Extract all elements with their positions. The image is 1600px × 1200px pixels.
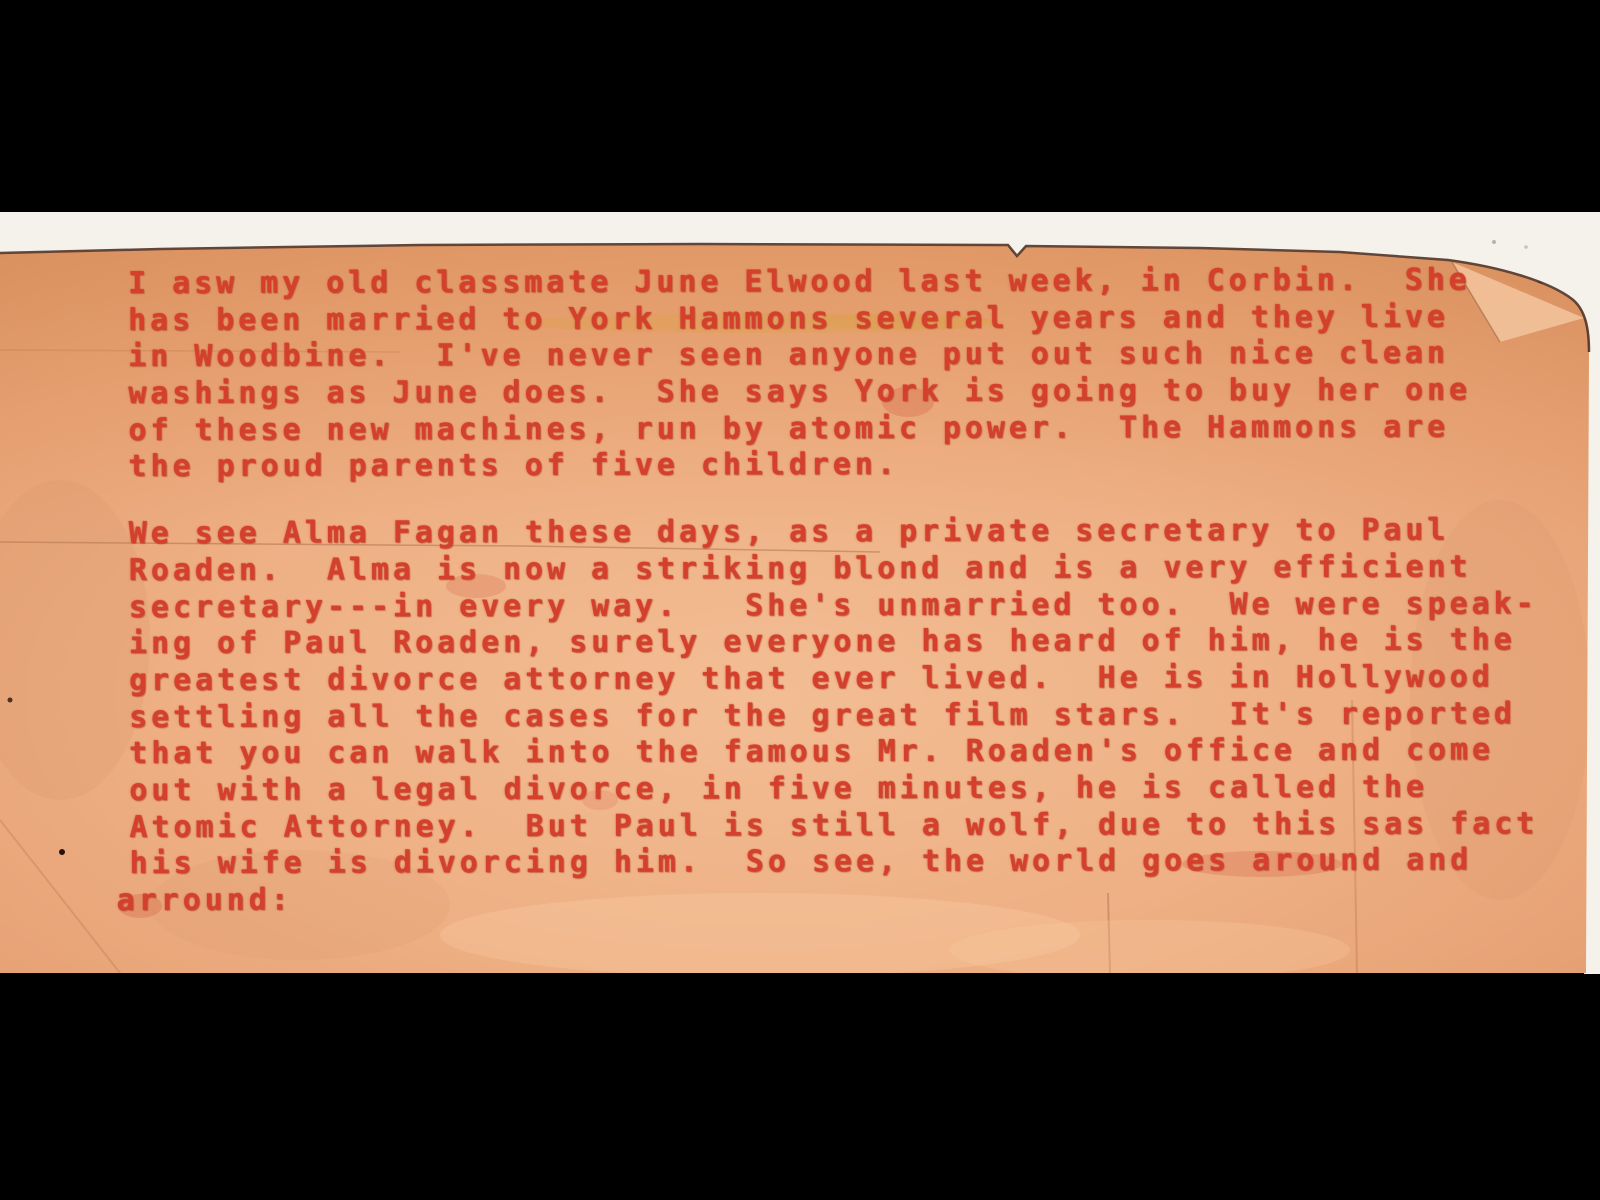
text-line: Atomic Attorney. But Paul is still a wol… — [129, 806, 1538, 846]
text-line: secretary---in every way. She's unmarrie… — [129, 586, 1538, 626]
dust-speck — [1492, 240, 1496, 244]
text-line: Roaden. Alma is now a striking blond and… — [129, 549, 1538, 589]
paper-speck — [59, 849, 65, 855]
text-line: has been married to York Hammons several… — [128, 299, 1537, 339]
scanned-document: I asw my old classmate June Elwood last … — [0, 0, 1600, 1200]
text-line: that you can walk into the famous Mr. Ro… — [129, 733, 1538, 773]
text-line: out with a legal divorce, in five minute… — [129, 769, 1538, 809]
text-line: I asw my old classmate June Elwood last … — [128, 262, 1537, 302]
paper-speck — [8, 698, 13, 703]
text-line: in Woodbine. I've never seen anyone put … — [128, 336, 1537, 376]
text-line: ing of Paul Roaden, surely everyone has … — [129, 622, 1538, 662]
typewritten-text: I asw my old classmate June Elwood last … — [128, 262, 1538, 919]
text-line: the proud parents of five children. — [128, 446, 1537, 486]
text-line: We see Alma Fagan these days, as a priva… — [129, 512, 1538, 552]
paper-light-patch — [950, 920, 1350, 980]
text-line: washings as June does. She says York is … — [128, 372, 1537, 412]
text-line: of these new machines, run by atomic pow… — [128, 409, 1537, 449]
paragraph-2: We see Alma Fagan these days, as a priva… — [129, 512, 1539, 919]
dust-speck — [1524, 245, 1528, 249]
text-line: arround: — [117, 879, 1539, 919]
text-line: his wife is divorcing him. So see, the w… — [130, 843, 1539, 883]
text-line: greatest divorce attorney that ever live… — [129, 659, 1538, 699]
paragraph-1: I asw my old classmate June Elwood last … — [128, 262, 1537, 486]
text-line: settling all the cases for the great fil… — [129, 696, 1538, 736]
